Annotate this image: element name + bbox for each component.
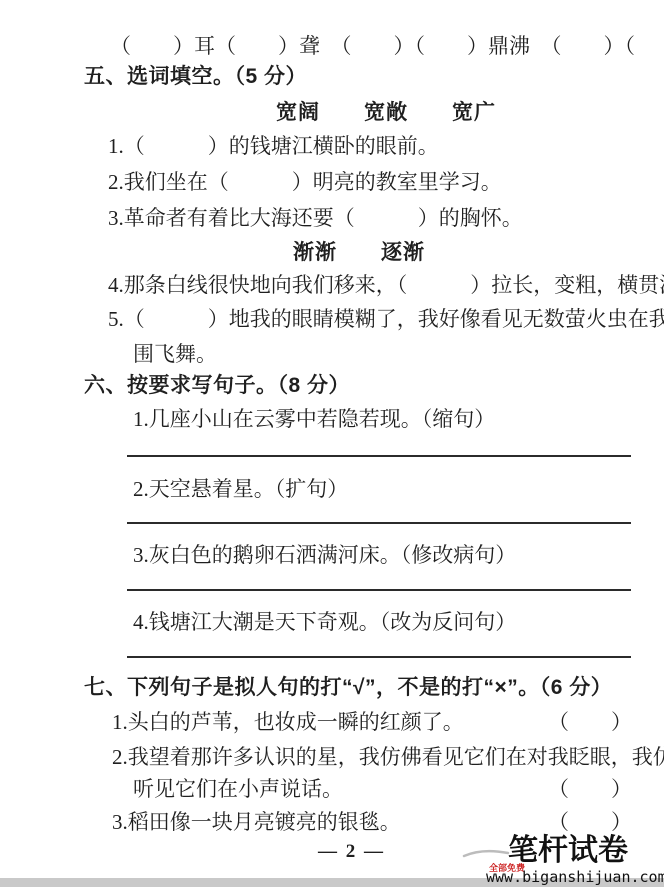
question-item: 2.我们坐在（ ）明亮的教室里学习。 (108, 169, 502, 195)
section-five-title: 五、选词填空。（5 分） (84, 64, 307, 90)
question-item-continuation: 围飞舞。 (133, 341, 217, 367)
answer-line (127, 656, 631, 658)
worksheet-page: （ ）耳（ ）聋 （ ）（ ）鼎沸 （ ）（ ）无声 五、选词填空。（5 分） … (0, 0, 664, 887)
question-row: 3.稻田像一块月亮镀亮的银毯。 （ ） (112, 809, 632, 835)
question-item: 3.灰白色的鹅卵石洒满河床。（修改病句） (133, 542, 516, 568)
section-six-title: 六、按要求写句子。（8 分） (84, 373, 350, 399)
brand-logo-text: 笔杆试卷 (508, 835, 628, 867)
answer-parens: （ ） (548, 709, 632, 735)
word-bank-width-words: 宽阔 宽敞 宽广 (276, 99, 496, 125)
question-item: 1.（ ）的钱塘江横卧的眼前。 (108, 133, 439, 159)
section-seven-title: 七、下列句子是拟人句的打“√”，不是的打“×”。（6 分） (84, 675, 612, 701)
question-item: 2.我望着那许多认识的星，我仿佛看见它们在对我眨眼，我仿佛 (112, 744, 664, 770)
question-item: 5.（ ）地我的眼睛模糊了，我好像看见无数萤火虫在我的周 (108, 306, 664, 332)
answer-parens: （ ） (548, 776, 632, 802)
word-bank-gradually-words: 渐渐 逐渐 (293, 239, 425, 265)
answer-line (127, 589, 631, 591)
idiom-fill-line: （ ）耳（ ）聋 （ ）（ ）鼎沸 （ ）（ ）无声 (110, 33, 664, 59)
question-item: 4.钱塘江大潮是天下奇观。（改为反问句） (133, 609, 516, 635)
page-number: — 2 — (318, 841, 385, 863)
question-item-continuation: 听见它们在小声说话。 (133, 776, 343, 802)
pen-stroke-decoration (462, 846, 510, 862)
question-item: 3.稻田像一块月亮镀亮的银毯。 (112, 809, 401, 835)
question-item: 3.革命者有着比大海还要（ ）的胸怀。 (108, 205, 523, 231)
question-item: 2.天空悬着星。（扩句） (133, 476, 348, 502)
question-row: 听见它们在小声说话。 （ ） (133, 776, 632, 802)
question-item: 1.几座小山在云雾中若隐若现。（缩句） (133, 406, 495, 432)
answer-line (127, 522, 631, 524)
question-item: 4.那条白线很快地向我们移来，（ ）拉长，变粗，横贯江面。 (108, 272, 664, 298)
question-row: 1.头白的芦苇，也妆成一瞬的红颜了。 （ ） (112, 709, 632, 735)
brand-url: www.biganshijuan.com (486, 869, 664, 885)
answer-line (127, 455, 631, 457)
answer-parens: （ ） (548, 809, 632, 835)
question-item: 1.头白的芦苇，也妆成一瞬的红颜了。 (112, 709, 464, 735)
